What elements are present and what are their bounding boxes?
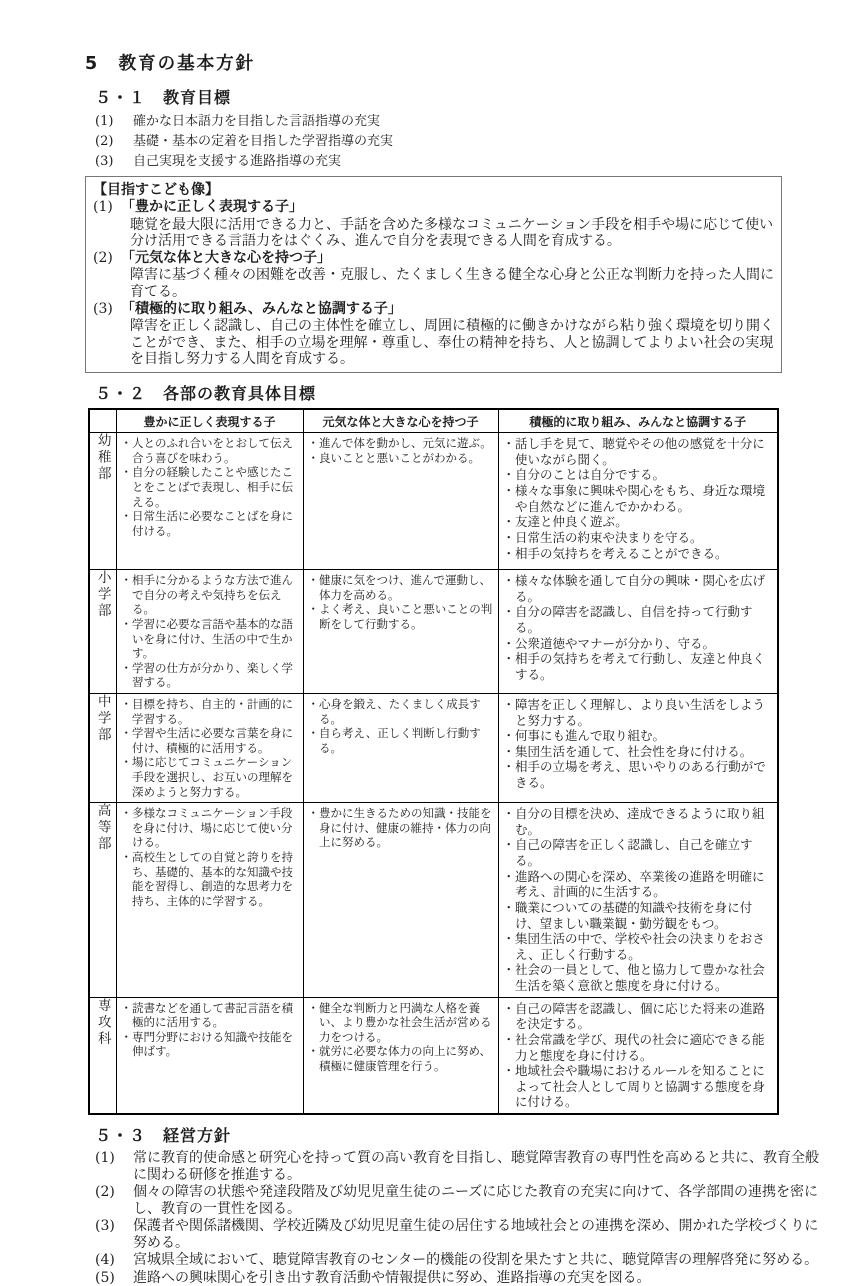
- goal-bullet: ・相手に分かるような方法で進んで自分の考えや気持ちを伝える。: [121, 573, 299, 617]
- item-text: 常に教育的使命感と研究心を持って質の高い教育を目指し、聴覚障害教育の専門性を高め…: [133, 1150, 830, 1183]
- goal-bullet: ・自己の障害を正しく認識し、自己を確立する。: [503, 837, 774, 868]
- item-body: 障害を正しく認識し、自己の主体性を確立し、周囲に積極的に働きかけながら粘り強く環…: [121, 318, 774, 368]
- item-number: (3): [93, 301, 121, 368]
- cell-幼稚部-1: ・人とのふれ合いをとおして伝え合う喜びを味わう。・自分の経験したことや感じたこと…: [116, 433, 303, 570]
- cell-専攻科-3: ・自己の障害を認識し、個に応じた将来の進路を決定する。・社会常識を学び、現代の社…: [498, 997, 778, 1114]
- goal-bullet: ・集団生活の中で、学校や社会の決まりをおさえ、正しく行動する。: [503, 931, 774, 962]
- item-title: 「豊かに正しく表現する子」: [121, 199, 774, 216]
- cell-幼稚部-3: ・話し手を見て、聴覚やその他の感覚を十分に使いながら聞く。・自分のことは自分です…: [498, 433, 778, 570]
- goal-bullet: ・日常生活の約束や決まりを守る。: [503, 530, 774, 546]
- table-row: 中学部・目標を持ち、自主的・計画的に学習する。・学習や生活に必要な言葉を身に付け…: [89, 693, 778, 802]
- column-header: 元気な体と大きな心を持つ子: [303, 409, 498, 433]
- goal-bullet: ・読書などを通して書記言語を積極的に活用する。: [121, 1001, 299, 1030]
- table-row: 幼稚部・人とのふれ合いをとおして伝え合う喜びを味わう。・自分の経験したことや感じ…: [89, 433, 778, 570]
- item-number: (4): [95, 1252, 133, 1269]
- department-goals-table: 豊かに正しく表現する子元気な体と大きな心を持つ子積極的に取り組み、みんなと協調す…: [88, 408, 779, 1115]
- goal-bullet: ・職業についての基礎的知識や技術を身に付け、望ましい職業観・勤労観をもつ。: [503, 900, 774, 931]
- row-label-text: 専攻科: [93, 998, 113, 1048]
- goal-bullet: ・日常生活に必要なことばを身に付ける。: [121, 509, 299, 538]
- cell-小学部-2: ・健康に気をつけ、進んで運動し、体力を高める。・よく考え、良いこと悪いことの判断…: [303, 570, 498, 694]
- goal-bullet: ・進路への関心を深め、卒業後の進路を明確に考え、計画的に生活する。: [503, 869, 774, 900]
- item-body: 障害に基づく種々の困難を改善・克服し、たくましく生きる健全な心身と公正な判断力を…: [121, 267, 774, 301]
- item-text: 確かな日本語力を目指した言語指導の充実: [133, 112, 380, 132]
- goal-bullet: ・自分のことは自分でする。: [503, 467, 774, 483]
- item-text: 自己実現を支援する進路指導の充実: [133, 152, 341, 172]
- management-policy-item: (4)宮城県全域において、聴覚障害教育のセンター的機能の役割を果たすと共に、聴覚…: [95, 1252, 830, 1269]
- cell-高等部-3: ・自分の目標を決め、達成できるように取り組む。・自己の障害を正しく認識し、自己を…: [498, 803, 778, 998]
- goal-bullet: ・地域社会や職場におけるルールを知ることによって社会人として周りと協調する態度を…: [503, 1063, 774, 1110]
- section-management-policy: ５・３ 経営方針 (1)常に教育的使命感と研究心を持って質の高い教育を目指し、聴…: [85, 1123, 849, 1286]
- cell-高等部-1: ・多様なコミュニケーション手段を身に付け、場に応じて使い分ける。・高校生としての…: [116, 803, 303, 998]
- item-number: (2): [93, 250, 121, 301]
- table-row: 専攻科・読書などを通して書記言語を積極的に活用する。・専門分野における知識や技能…: [89, 997, 778, 1114]
- column-header: 積極的に取り組み、みんなと協調する子: [498, 409, 778, 433]
- item-number: (3): [95, 152, 133, 172]
- target-child-item: (3)「積極的に取り組み、みんなと協調する子」障害を正しく認識し、自己の主体性を…: [93, 301, 774, 368]
- goal-bullet: ・自己の障害を認識し、個に応じた将来の進路を決定する。: [503, 1001, 774, 1032]
- item-number: (3): [95, 1218, 133, 1251]
- cell-幼稚部-2: ・進んで体を動かし、元気に遊ぶ。・良いことと悪いことがわかる。: [303, 433, 498, 570]
- goal-bullet: ・集団生活を通して、社会性を身に付ける。: [503, 744, 774, 760]
- column-header: 豊かに正しく表現する子: [116, 409, 303, 433]
- item-number: (5): [95, 1270, 133, 1286]
- box-title: 【目指すこども像】: [93, 179, 774, 199]
- goal-bullet: ・よく考え、良いこと悪いことの判断をして行動する。: [308, 602, 494, 631]
- cell-高等部-2: ・豊かに生きるための知識・技能を身に付け、健康の維持・体力の向上に努める。: [303, 803, 498, 998]
- goal-bullet: ・学習の仕方が分かり、楽しく学習する。: [121, 661, 299, 690]
- item-number: (1): [95, 1150, 133, 1183]
- item-text: 保護者や関係諸機関、学校近隣及び幼児児童生徒の居住する地域社会との連携を深め、開…: [133, 1218, 830, 1251]
- goal-bullet: ・話し手を見て、聴覚やその他の感覚を十分に使いながら聞く。: [503, 436, 774, 467]
- item-text: 基礎・基本の定着を目指した学習指導の充実: [133, 132, 393, 152]
- row-label-text: 小学部: [93, 570, 113, 620]
- item-number: (1): [93, 199, 121, 250]
- management-policy-list: (1)常に教育的使命感と研究心を持って質の高い教育を目指し、聴覚障害教育の専門性…: [85, 1150, 849, 1286]
- goal-bullet: ・多様なコミュニケーション手段を身に付け、場に応じて使い分ける。: [121, 806, 299, 850]
- cell-専攻科-2: ・健全な判断力と円満な人格を養い、より豊かな社会生活が営める力をつける。・就労に…: [303, 997, 498, 1114]
- goal-bullet: ・心身を鍛え、たくましく成長する。: [308, 697, 494, 726]
- item-content: 「元気な体と大きな心を持つ子」障害に基づく種々の困難を改善・克服し、たくましく生…: [121, 250, 774, 301]
- goal-bullet: ・社会の一員として、他と協力して豊かな社会生活を築く意欲と態度を身に付ける。: [503, 962, 774, 993]
- document-page: 5 教育の基本方針 ５・１ 教育目標 (1)確かな日本語力を目指した言語指導の充…: [0, 0, 849, 1286]
- cell-中学部-1: ・目標を持ち、自主的・計画的に学習する。・学習や生活に必要な言葉を身に付け、積極…: [116, 693, 303, 802]
- goal-bullet: ・学習や生活に必要な言葉を身に付け、積極的に活用する。: [121, 726, 299, 755]
- goal-bullet: ・何事にも進んで取り組む。: [503, 728, 774, 744]
- table-row: 高等部・多様なコミュニケーション手段を身に付け、場に応じて使い分ける。・高校生と…: [89, 803, 778, 998]
- cell-専攻科-1: ・読書などを通して書記言語を積極的に活用する。・専門分野における知識や技能を伸ば…: [116, 997, 303, 1114]
- target-child-item: (2)「元気な体と大きな心を持つ子」障害に基づく種々の困難を改善・克服し、たくま…: [93, 250, 774, 301]
- goal-bullet: ・進んで体を動かし、元気に遊ぶ。: [308, 436, 494, 451]
- cell-中学部-3: ・障害を正しく理解し、より良い生活をしようと努力する。・何事にも進んで取り組む。…: [498, 693, 778, 802]
- education-goal-item: (3)自己実現を支援する進路指導の充実: [95, 152, 849, 172]
- cell-小学部-1: ・相手に分かるような方法で進んで自分の考えや気持ちを伝える。・学習に必要な言語や…: [116, 570, 303, 694]
- item-number: (2): [95, 132, 133, 152]
- goal-bullet: ・障害を正しく理解し、より良い生活をしようと努力する。: [503, 697, 774, 728]
- row-label: 小学部: [89, 570, 116, 694]
- education-goal-item: (1)確かな日本語力を目指した言語指導の充実: [95, 112, 849, 132]
- item-content: 「豊かに正しく表現する子」聴覚を最大限に活用できる力と、手話を含めた多様なコミュ…: [121, 199, 774, 250]
- cell-中学部-2: ・心身を鍛え、たくましく成長する。・自ら考え、正しく判断し行動する。: [303, 693, 498, 802]
- goal-bullet: ・友達と仲良く遊ぶ。: [503, 514, 774, 530]
- goal-bullet: ・目標を持ち、自主的・計画的に学習する。: [121, 697, 299, 726]
- goal-bullet: ・自分の目標を決め、達成できるように取り組む。: [503, 806, 774, 837]
- goal-bullet: ・様々な事象に興味や関心をもち、身近な環境や自然などに進んでかかわる。: [503, 483, 774, 514]
- item-body: 聴覚を最大限に活用できる力と、手話を含めた多様なコミュニケーション手段を相手や場…: [121, 217, 774, 251]
- goal-bullet: ・健康に気をつけ、進んで運動し、体力を高める。: [308, 573, 494, 602]
- education-goal-item: (2)基礎・基本の定着を目指した学習指導の充実: [95, 132, 849, 152]
- corner-cell: [89, 409, 116, 433]
- education-goals-list: (1)確かな日本語力を目指した言語指導の充実(2)基礎・基本の定着を目指した学習…: [85, 112, 849, 172]
- goal-bullet: ・社会常識を学び、現代の社会に適応できる能力と態度を身に付ける。: [503, 1032, 774, 1063]
- row-label-text: 高等部: [93, 803, 113, 853]
- item-title: 「元気な体と大きな心を持つ子」: [121, 250, 774, 267]
- goal-bullet: ・相手の立場を考え、思いやりのある行動ができる。: [503, 759, 774, 790]
- goal-bullet: ・自ら考え、正しく判断し行動する。: [308, 726, 494, 755]
- goal-bullet: ・良いことと悪いことがわかる。: [308, 451, 494, 466]
- goal-bullet: ・学習に必要な言語や基本的な語いを身に付け、生活の中で生かす。: [121, 617, 299, 661]
- cell-小学部-3: ・様々な体験を通して自分の興味・関心を広げる。・自分の障害を認識し、自信を持って…: [498, 570, 778, 694]
- section-2-heading: ５・２ 各部の教育具体目標: [95, 381, 849, 404]
- goal-bullet: ・高校生としての自覚と誇りを持ち、基礎的、基本的な知識や技能を習得し、創造的な思…: [121, 850, 299, 908]
- page-title: 5 教育の基本方針: [85, 50, 849, 75]
- item-number: (2): [95, 1184, 133, 1217]
- target-child-image-box: 【目指すこども像】 (1)「豊かに正しく表現する子」聴覚を最大限に活用できる力と…: [85, 176, 782, 373]
- goal-bullet: ・相手の気持ちを考えることができる。: [503, 546, 774, 562]
- item-title: 「積極的に取り組み、みんなと協調する子」: [121, 301, 774, 318]
- table-row: 小学部・相手に分かるような方法で進んで自分の考えや気持ちを伝える。・学習に必要な…: [89, 570, 778, 694]
- goal-bullet: ・豊かに生きるための知識・技能を身に付け、健康の維持・体力の向上に努める。: [308, 806, 494, 850]
- target-child-item: (1)「豊かに正しく表現する子」聴覚を最大限に活用できる力と、手話を含めた多様な…: [93, 199, 774, 250]
- table-header-row: 豊かに正しく表現する子元気な体と大きな心を持つ子積極的に取り組み、みんなと協調す…: [89, 409, 778, 433]
- item-number: (1): [95, 112, 133, 132]
- item-text: 進路への興味関心を引き出す教育活動や情報提供に努め、進路指導の充実を図る。: [133, 1270, 650, 1286]
- item-text: 宮城県全域において、聴覚障害教育のセンター的機能の役割を果たすと共に、聴覚障害の…: [133, 1252, 818, 1269]
- item-text: 個々の障害の状態や発達段階及び幼児児童生徒のニーズに応じた教育の充実に向けて、各…: [133, 1184, 830, 1217]
- goal-bullet: ・様々な体験を通して自分の興味・関心を広げる。: [503, 573, 774, 604]
- section-1-heading: ５・１ 教育目標: [95, 85, 849, 108]
- row-label: 専攻科: [89, 997, 116, 1114]
- section-concrete-goals: ５・２ 各部の教育具体目標 豊かに正しく表現する子元気な体と大きな心を持つ子積極…: [85, 381, 849, 1115]
- item-content: 「積極的に取り組み、みんなと協調する子」障害を正しく認識し、自己の主体性を確立し…: [121, 301, 774, 368]
- goal-bullet: ・自分の経験したことや感じたことをことばで表現し、相手に伝える。: [121, 465, 299, 509]
- row-label-text: 中学部: [93, 694, 113, 744]
- goal-bullet: ・相手の気持ちを考えて行動し、友達と仲良くする。: [503, 651, 774, 682]
- row-label: 高等部: [89, 803, 116, 998]
- section-3-heading: ５・３ 経営方針: [95, 1123, 849, 1146]
- goal-bullet: ・就労に必要な体力の向上に努め、積極に健康管理を行う。: [308, 1044, 494, 1073]
- row-label: 幼稚部: [89, 433, 116, 570]
- goal-bullet: ・自分の障害を認識し、自信を持って行動する。: [503, 604, 774, 635]
- table-body: 幼稚部・人とのふれ合いをとおして伝え合う喜びを味わう。・自分の経験したことや感じ…: [89, 433, 778, 1114]
- target-child-items: (1)「豊かに正しく表現する子」聴覚を最大限に活用できる力と、手話を含めた多様な…: [93, 199, 774, 368]
- row-label-text: 幼稚部: [93, 433, 113, 483]
- goal-bullet: ・場に応じてコミュニケーション手段を選択し、お互いの理解を深めようと努力する。: [121, 755, 299, 799]
- management-policy-item: (1)常に教育的使命感と研究心を持って質の高い教育を目指し、聴覚障害教育の専門性…: [95, 1150, 830, 1183]
- goal-bullet: ・健全な判断力と円満な人格を養い、より豊かな社会生活が営める力をつける。: [308, 1001, 494, 1045]
- management-policy-item: (5)進路への興味関心を引き出す教育活動や情報提供に努め、進路指導の充実を図る。: [95, 1270, 830, 1286]
- goal-bullet: ・専門分野における知識や技能を伸ばす。: [121, 1030, 299, 1059]
- management-policy-item: (2)個々の障害の状態や発達段階及び幼児児童生徒のニーズに応じた教育の充実に向け…: [95, 1184, 830, 1217]
- goal-bullet: ・公衆道徳やマナーが分かり、守る。: [503, 636, 774, 652]
- management-policy-item: (3)保護者や関係諸機関、学校近隣及び幼児児童生徒の居住する地域社会との連携を深…: [95, 1218, 830, 1251]
- row-label: 中学部: [89, 693, 116, 802]
- goal-bullet: ・人とのふれ合いをとおして伝え合う喜びを味わう。: [121, 436, 299, 465]
- section-education-goals: ５・１ 教育目標 (1)確かな日本語力を目指した言語指導の充実(2)基礎・基本の…: [85, 85, 849, 172]
